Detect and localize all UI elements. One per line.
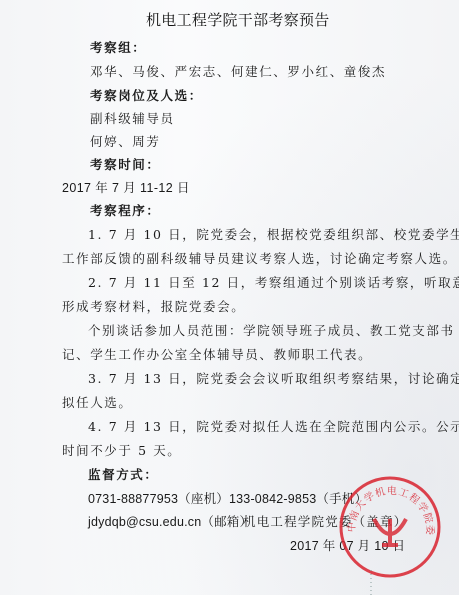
time-value: 2017 年 7 月 11-12 日 — [62, 180, 190, 196]
group-members: 邓华、马俊、严宏志、何建仁、罗小红、童俊杰 — [90, 64, 386, 80]
procedure-heading: 考察程序： — [90, 203, 161, 219]
interview-scope-line-2: 记、学生工作办公室全体辅导员、教师职工代表。 — [62, 347, 372, 363]
procedure-item-3-line-2: 拟任人选。 — [62, 395, 133, 411]
issuer-signature: 机电工程学院党委（盖章） — [243, 514, 407, 530]
interview-scope-line-1: 个别谈话参加人员范围：学院领导班子成员、教工党支部书 — [88, 323, 455, 339]
scan-artifact — [370, 570, 372, 595]
document-page: 机电工程学院干部考察预告 考察组： 邓华、马俊、严宏志、何建仁、罗小红、童俊杰 … — [0, 0, 459, 595]
procedure-item-1-line-1: 1. 7 月 10 日，院党委会，根据校党委组织部、校党委学生 — [88, 227, 459, 243]
position-value: 副科级辅导员 — [90, 111, 175, 127]
position-heading: 考察岗位及人选： — [90, 88, 203, 104]
procedure-item-3-line-1: 3. 7 月 13 日，院党委会会议听取组织考察结果，讨论确定 — [88, 371, 459, 387]
group-heading: 考察组： — [90, 40, 146, 56]
issue-date: 2017 年 07 月 10 日 — [290, 538, 405, 554]
procedure-item-4-line-1: 4. 7 月 13 日，院党委对拟任人选在全院范围内公示。公示 — [88, 419, 459, 435]
candidates-value: 何婷、周芳 — [90, 134, 161, 150]
procedure-item-2-line-1: 2. 7 月 11 日至 12 日，考察组通过个别谈话考察，听取意见， — [88, 275, 459, 291]
procedure-item-1-line-2: 工作部反馈的副科级辅导员建议考察人选，讨论确定考察人选。 — [62, 251, 457, 267]
time-heading: 考察时间： — [90, 157, 161, 173]
document-title: 机电工程学院干部考察预告 — [146, 10, 330, 30]
supervision-email: jdydqb@csu.edu.cn（邮箱） — [88, 514, 252, 530]
supervision-heading: 监督方式： — [88, 467, 159, 483]
procedure-item-2-line-2: 形成考察材料，报院党委会。 — [62, 299, 245, 315]
supervision-phone: 0731-88877953（座机）133-0842-9853（手机） — [88, 491, 367, 507]
procedure-item-4-line-2: 时间不少于 5 天。 — [62, 443, 181, 459]
